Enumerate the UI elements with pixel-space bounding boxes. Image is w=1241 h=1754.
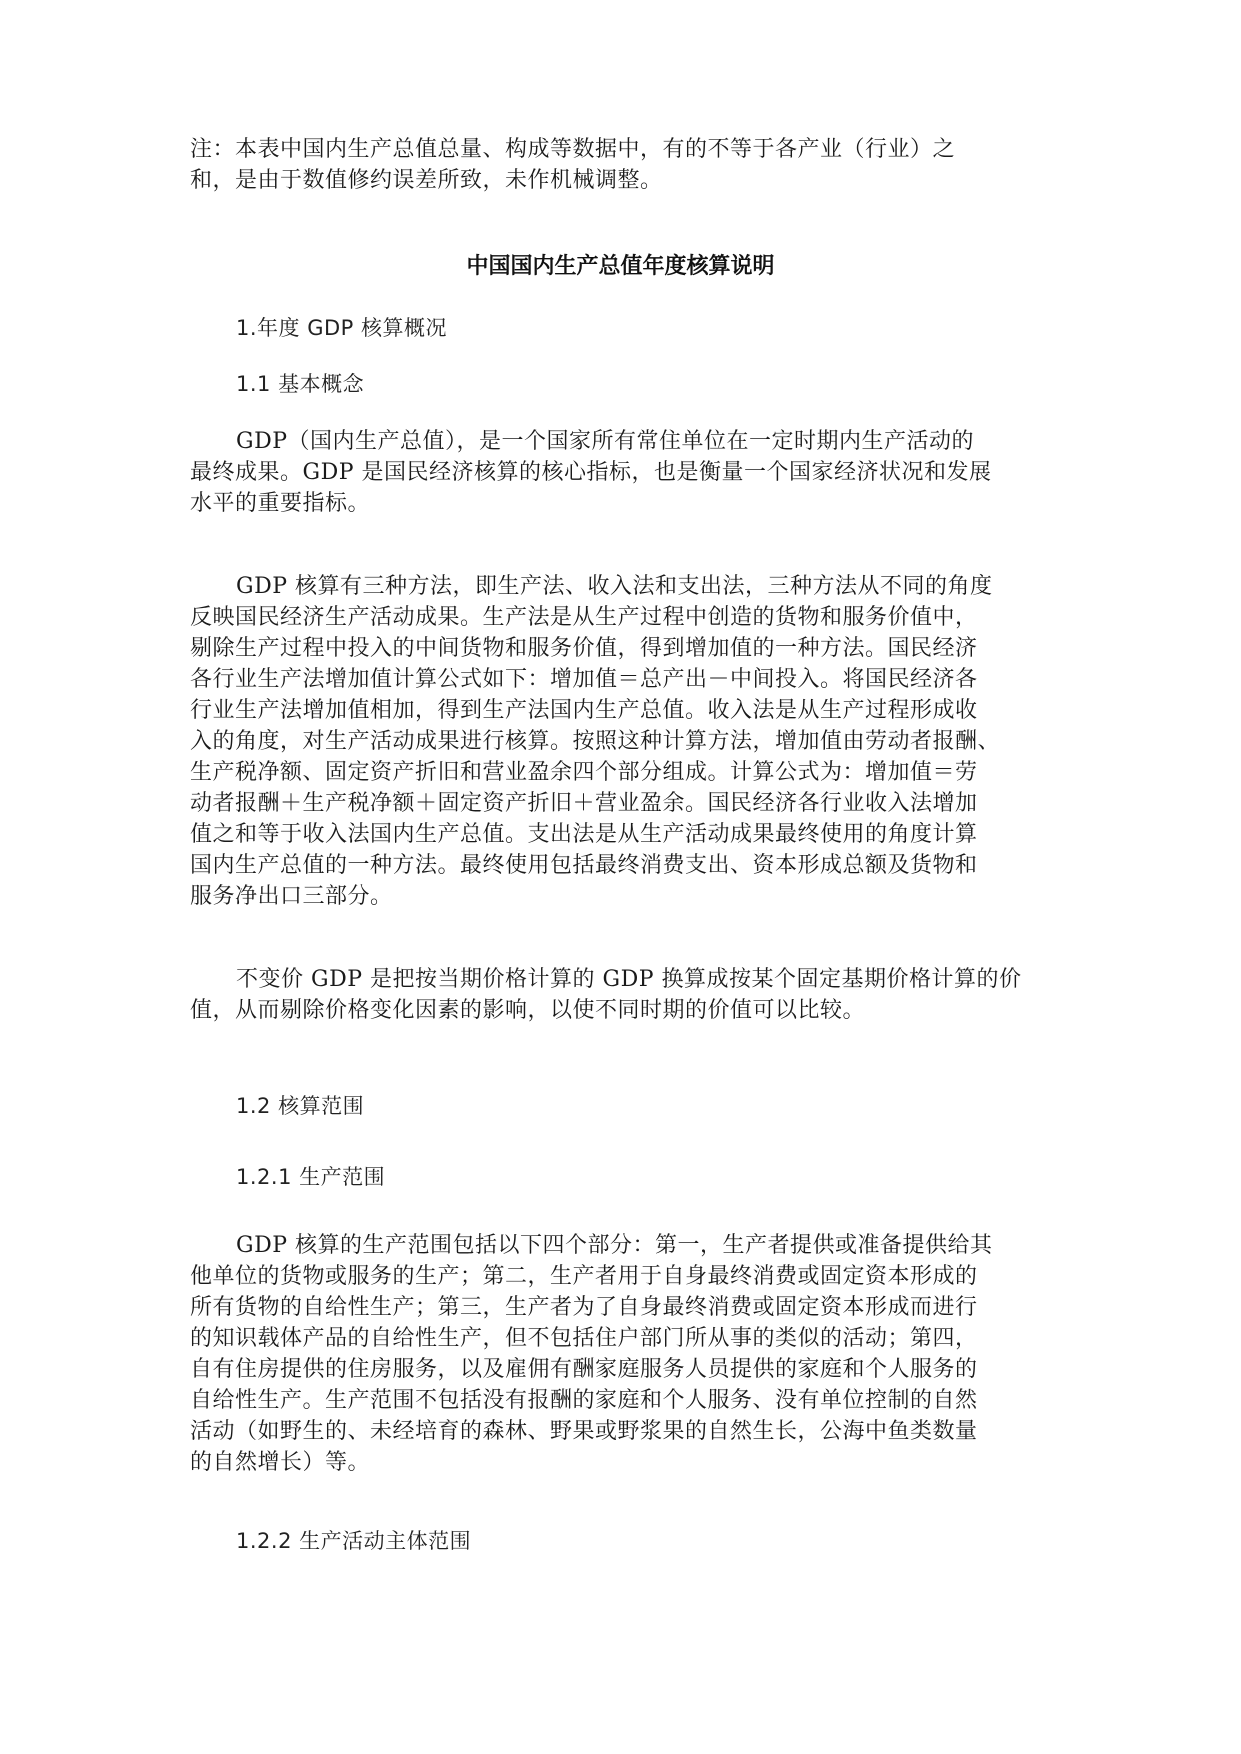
paragraph-line: GDP 核算的生产范围包括以下四个部分：第一，生产者提供或准备提供给其	[236, 1232, 993, 1260]
document-title: 中国国内生产总值年度核算说明	[0, 253, 1241, 281]
section-heading-1-2-1: 1.2.1 生产范围	[236, 1163, 385, 1191]
paragraph-line: 自给性生产。生产范围不包括没有报酬的家庭和个人服务、没有单位控制的自然	[190, 1387, 978, 1415]
paragraph-line: 国内生产总值的一种方法。最终使用包括最终消费支出、资本形成总额及货物和	[190, 852, 978, 880]
note-line: 注：本表中国内生产总值总量、构成等数据中，有的不等于各产业（行业）之	[190, 136, 955, 164]
paragraph-line: 所有货物的自给性生产；第三，生产者为了自身最终消费或固定资本形成而进行	[190, 1294, 978, 1322]
paragraph-line: 值之和等于收入法国内生产总值。支出法是从生产活动成果最终使用的角度计算	[190, 821, 978, 849]
paragraph-line: 入的角度，对生产活动成果进行核算。按照这种计算方法，增加值由劳动者报酬、	[190, 728, 1000, 756]
paragraph-line: 动者报酬＋生产税净额＋固定资产折旧＋营业盈余。国民经济各行业收入法增加	[190, 790, 978, 818]
section-heading-1-2: 1.2 核算范围	[236, 1092, 364, 1120]
paragraph-line: 活动（如野生的、未经培育的森林、野果或野浆果的自然生长，公海中鱼类数量	[190, 1418, 978, 1446]
paragraph-line: 他单位的货物或服务的生产；第二，生产者用于自身最终消费或固定资本形成的	[190, 1263, 978, 1291]
section-heading-1-1: 1.1 基本概念	[236, 370, 364, 398]
paragraph-line: GDP 核算有三种方法，即生产法、收入法和支出法，三种方法从不同的角度	[236, 573, 993, 601]
paragraph-line: 自有住房提供的住房服务，以及雇佣有酬家庭服务人员提供的家庭和个人服务的	[190, 1356, 978, 1384]
paragraph-line: 各行业生产法增加值计算公式如下：增加值＝总产出－中间投入。将国民经济各	[190, 666, 978, 694]
paragraph-line: 行业生产法增加值相加，得到生产法国内生产总值。收入法是从生产过程形成收	[190, 697, 978, 725]
paragraph-line: 的自然增长）等。	[190, 1449, 370, 1477]
section-heading-1: 1.年度 GDP 核算概况	[236, 314, 447, 342]
paragraph-line: 生产税净额、固定资产折旧和营业盈余四个部分组成。计算公式为：增加值＝劳	[190, 759, 978, 787]
paragraph-line: 最终成果。GDP 是国民经济核算的核心指标，也是衡量一个国家经济状况和发展	[190, 459, 992, 487]
paragraph-line: 服务净出口三部分。	[190, 883, 393, 911]
paragraph-line: 的知识载体产品的自给性生产，但不包括住户部门所从事的类似的活动；第四，	[190, 1325, 978, 1353]
paragraph-line: 值，从而剔除价格变化因素的影响，以使不同时期的价值可以比较。	[190, 997, 865, 1025]
paragraph-line: 不变价 GDP 是把按当期价格计算的 GDP 换算成按某个固定基期价格计算的价	[236, 966, 1022, 994]
paragraph-line: 剔除生产过程中投入的中间货物和服务价值，得到增加值的一种方法。国民经济	[190, 635, 978, 663]
paragraph-line: GDP（国内生产总值），是一个国家所有常住单位在一定时期内生产活动的	[236, 428, 974, 456]
paragraph-line: 反映国民经济生产活动成果。生产法是从生产过程中创造的货物和服务价值中，	[190, 604, 978, 632]
section-heading-1-2-2: 1.2.2 生产活动主体范围	[236, 1527, 471, 1555]
note-line: 和，是由于数值修约误差所致，未作机械调整。	[190, 167, 663, 195]
paragraph-line: 水平的重要指标。	[190, 490, 370, 518]
document-page: 注：本表中国内生产总值总量、构成等数据中，有的不等于各产业（行业）之 和，是由于…	[0, 0, 1241, 1754]
